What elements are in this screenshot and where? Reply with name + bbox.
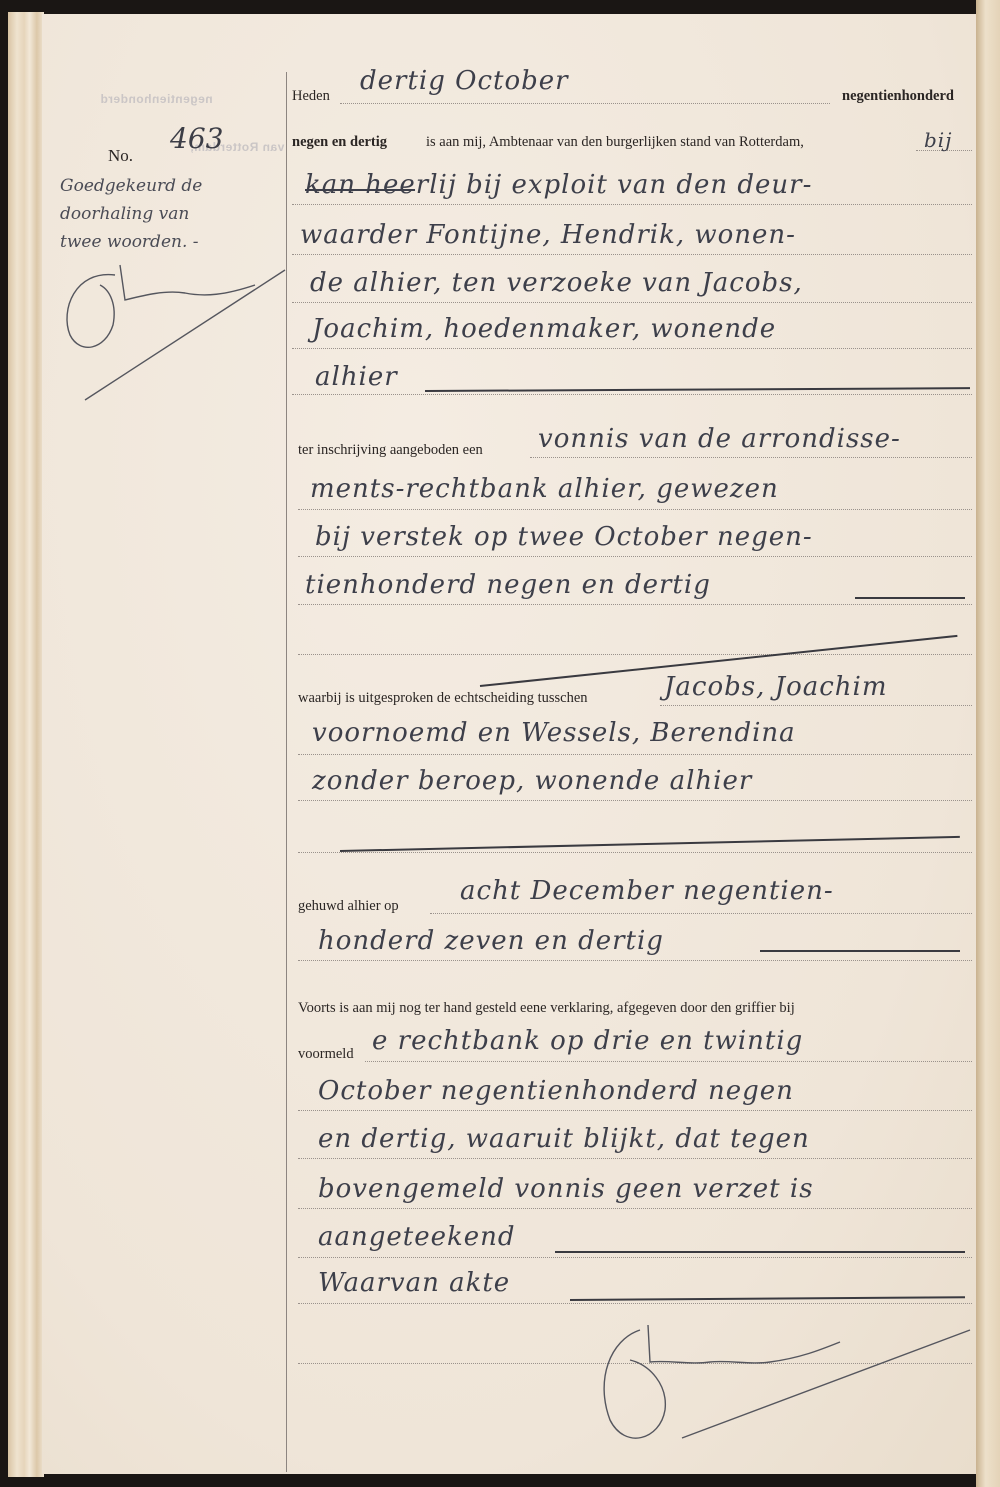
dotted-line	[298, 754, 972, 755]
label-married: gehuwd alhier op	[298, 898, 399, 915]
handwritten-line: Waarvan akte	[318, 1268, 510, 1298]
label-divorce: waarbij is uitgesproken de echtscheiding…	[298, 690, 588, 707]
dotted-line	[298, 604, 972, 605]
entry-number: 463	[170, 122, 223, 155]
dotted-line	[292, 348, 972, 349]
handwritten-divorce: Jacobs, Joachim	[664, 672, 888, 702]
dotted-line	[430, 913, 972, 914]
handwritten-line: honderd zeven en dertig	[318, 926, 664, 956]
dotted-line	[292, 302, 972, 303]
dotted-line	[298, 556, 972, 557]
margin-note-line: doorhaling van	[60, 200, 280, 228]
dotted-line	[298, 1208, 972, 1209]
fill-rule	[855, 597, 965, 599]
handwritten-line: ments-rechtbank alhier, gewezen	[310, 474, 779, 504]
handwritten-line: de alhier, ten verzoeke van Jacobs,	[310, 268, 803, 298]
handwritten-line: tienhonderd negen en dertig	[305, 570, 711, 600]
handwritten-line: bovengemeld vonnis geen verzet is	[318, 1174, 814, 1204]
dotted-line	[298, 1303, 972, 1304]
handwritten-line: alhier	[315, 362, 398, 392]
margin-note-line: twee woorden. -	[60, 228, 280, 256]
dotted-line	[298, 800, 972, 801]
label-aforementioned: voormeld	[298, 1046, 354, 1063]
handwritten-line: waarder Fontijne, Hendrik, wonen-	[300, 220, 796, 250]
fill-rule	[760, 950, 960, 952]
handwritten-bij: bij	[924, 128, 952, 152]
dotted-line	[298, 1158, 972, 1159]
dotted-line	[340, 103, 830, 104]
label-heden: Heden	[292, 88, 330, 105]
handwritten-aforementioned: e rechtbank op drie en twintig	[372, 1026, 803, 1056]
dotted-line	[365, 1061, 972, 1062]
margin-note-line: Goedgekeurd de	[60, 172, 280, 200]
dotted-line	[298, 654, 972, 655]
dotted-line	[298, 1257, 972, 1258]
closing-signature-icon	[600, 1320, 980, 1470]
handwritten-line: bij verstek op twee October negen-	[315, 522, 813, 552]
handwritten-married: acht December negentien-	[460, 876, 834, 906]
dotted-line	[660, 705, 972, 706]
handwritten-line: voornoemd en Wessels, Berendina	[312, 718, 796, 748]
dotted-line	[298, 852, 972, 853]
dotted-line	[298, 509, 972, 510]
label-further: Voorts is aan mij nog ter hand gesteld e…	[298, 1000, 795, 1017]
label-registration: ter inschrijving aangeboden een	[298, 442, 483, 459]
margin-signature-icon	[55, 255, 295, 405]
bleed-through-text: negentienhonderd	[100, 92, 213, 106]
strikethrough-mark	[305, 189, 415, 191]
handwritten-registration: vonnis van de arrondisse-	[538, 424, 901, 454]
label-year: negen en dertig	[292, 134, 387, 151]
handwritten-line: Joachim, hoedenmaker, wonende	[312, 314, 776, 344]
label-official: is aan mij, Ambtenaar van den burgerlijk…	[426, 134, 804, 151]
handwritten-line: zonder beroep, wonende alhier	[312, 766, 752, 796]
dotted-line	[530, 457, 972, 458]
dotted-line	[292, 394, 972, 395]
dotted-line	[298, 960, 972, 961]
handwritten-line: kan heerlij bij exploit van den deur-	[305, 170, 812, 200]
next-page-edge	[976, 0, 1000, 1487]
handwritten-line: October negentienhonderd negen	[318, 1076, 794, 1106]
fill-rule	[555, 1251, 965, 1253]
book-page-edges	[8, 12, 44, 1477]
entry-number-label: No.	[108, 146, 133, 166]
label-negentienhonderd: negentienhonderd	[842, 88, 954, 105]
handwritten-date: dertig October	[360, 66, 569, 96]
dotted-line	[292, 254, 972, 255]
handwritten-line: en dertig, waaruit blijkt, dat tegen	[318, 1124, 810, 1154]
dotted-line	[292, 204, 972, 205]
handwritten-line: aangeteekend	[318, 1222, 516, 1252]
margin-note: Goedgekeurd de doorhaling van twee woord…	[60, 172, 280, 256]
dotted-line	[298, 1110, 972, 1111]
